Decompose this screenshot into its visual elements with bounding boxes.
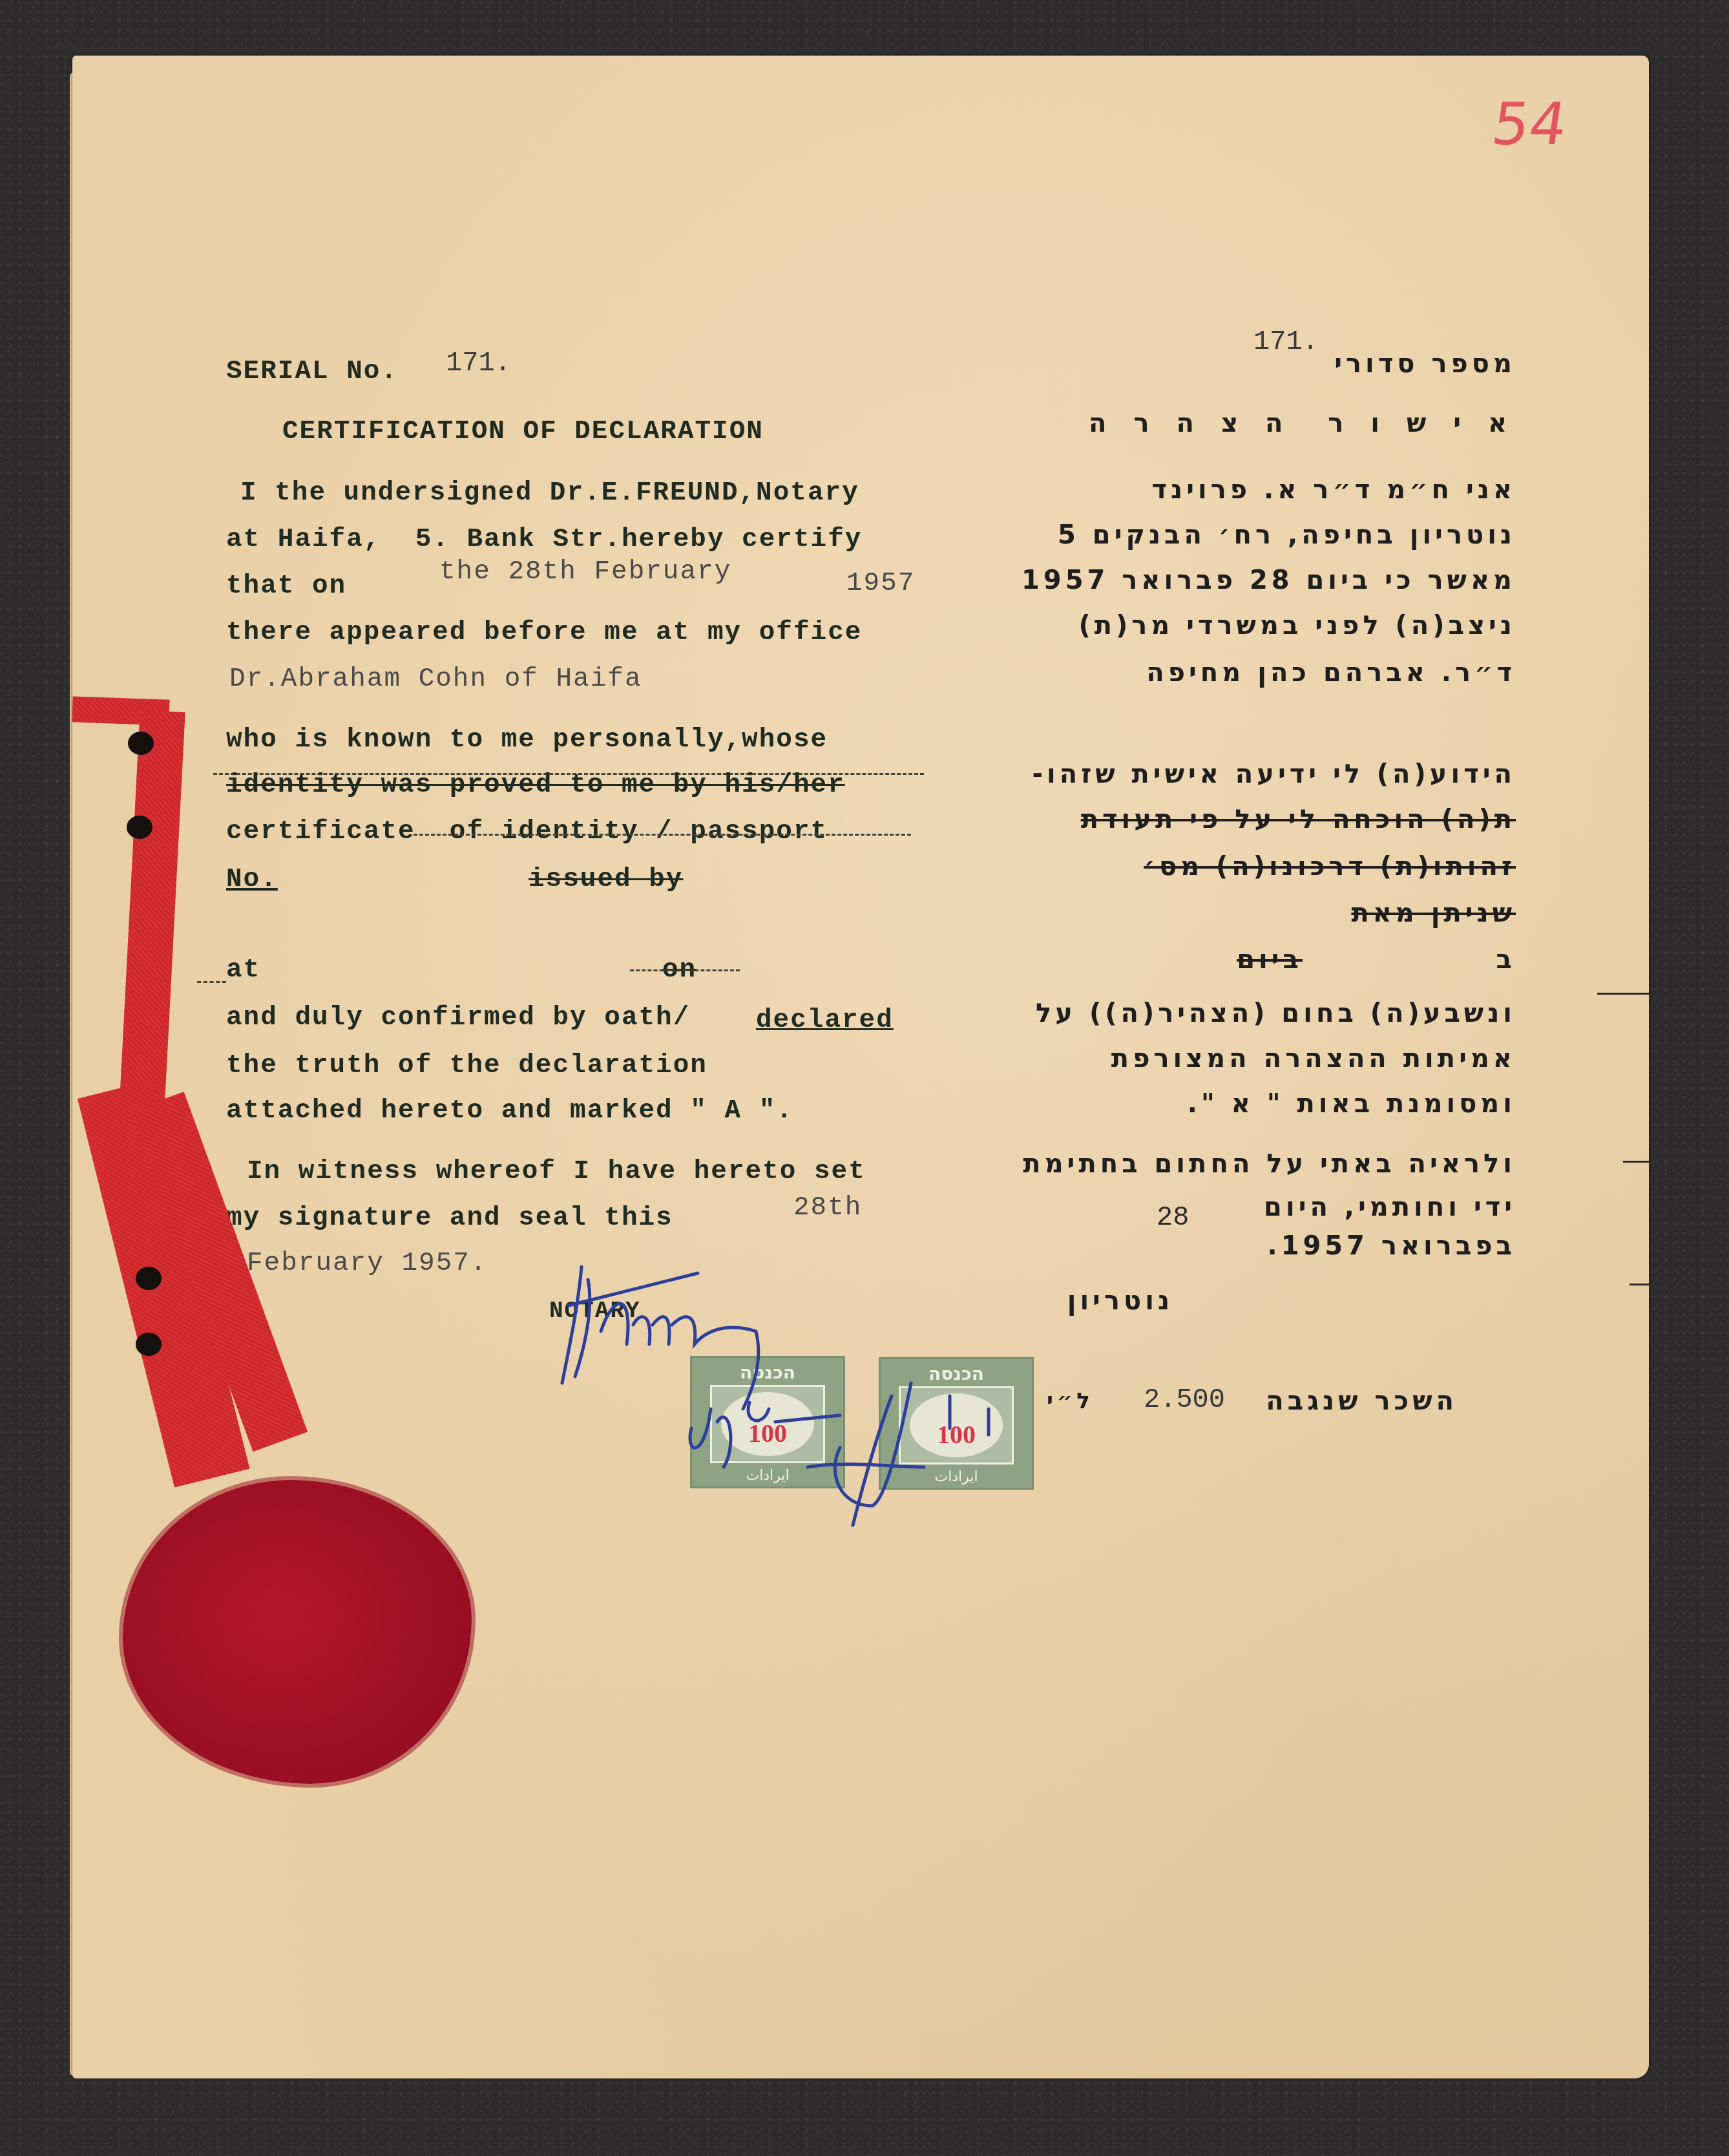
hebrew-struck-line: שניתן מאת <box>1351 898 1516 928</box>
punch-hole <box>128 732 154 755</box>
body-line: certificate of identity / passport <box>226 817 828 847</box>
body-line: and duly confirmed by oath/ <box>226 1003 690 1033</box>
at-label: at <box>226 955 260 985</box>
number-label: No. <box>226 865 278 894</box>
body-line: In witness whereof I have hereto set <box>247 1157 866 1187</box>
hebrew-body-line: ניצב(ה) לפני במשרדי מר(ת) <box>1078 611 1516 640</box>
hebrew-body-line: מאשר כי ביום 28 פברואר 1957 <box>1022 565 1516 595</box>
hebrew-filled-day: 28 <box>1157 1202 1189 1233</box>
hebrew-notary-label: נוטריון <box>1067 1286 1173 1316</box>
hebrew-body-line: ב <box>1496 945 1516 975</box>
stamp-cancellation-signature <box>678 1370 1040 1538</box>
hebrew-body-line: ולראיה באתי על החתום בחתימת <box>1023 1149 1516 1179</box>
serial-label: SERIAL No. <box>226 357 398 386</box>
page-edge-tear <box>1597 993 1649 995</box>
hebrew-struck-word: ביום <box>1237 945 1303 975</box>
hebrew-body-line: אני ח״מ ד״ר א. פרוינד <box>1152 475 1516 505</box>
strike-line <box>630 969 740 971</box>
hebrew-body-line: ד״ר. אברהם כהן מחיפה <box>1146 658 1516 688</box>
hebrew-body-line: ומסומנת באות " א ". <box>1188 1089 1516 1119</box>
appearer-name: Dr.Abraham Cohn of Haifa <box>229 664 642 694</box>
filled-date: the 28th February <box>439 557 731 587</box>
folio-number: 54 <box>1488 90 1571 158</box>
wax-seal <box>123 1480 472 1784</box>
punch-hole <box>127 816 152 839</box>
punch-hole <box>136 1267 162 1290</box>
fee-currency: ל״י <box>1047 1388 1094 1414</box>
body-line: who is known to me personally,whose <box>226 725 828 755</box>
hebrew-body-line: ונשבע(ה) בחום (הצהיר(ה)) על <box>1036 999 1516 1028</box>
hebrew-struck-line: ת(ה) הוכחה לי על פי תעודת <box>1081 805 1516 834</box>
page-edge-tear <box>1629 1284 1649 1285</box>
body-line: the truth of the declaration <box>226 1051 707 1081</box>
filled-year: 1957 <box>846 569 915 598</box>
hebrew-body-line: אמיתות ההצהרה המצורפת <box>1111 1044 1516 1073</box>
body-line: there appeared before me at my office <box>226 618 862 648</box>
body-line: attached hereto and marked " A ". <box>226 1096 793 1126</box>
serial-number: 171. <box>446 348 511 379</box>
strike-line <box>414 834 911 836</box>
hebrew-serial-label: מספר סדורי <box>1334 349 1516 379</box>
body-line: I the undersigned Dr.E.FREUND,Notary <box>240 478 859 508</box>
hebrew-struck-line: זהותו(ת) דרכונו(ה) מס׳ <box>1144 852 1516 882</box>
struck-line: identity was proved to me by his/her <box>226 770 845 800</box>
hebrew-serial-number: 171. <box>1253 326 1319 357</box>
hebrew-body-line: ידי וחותמי, היום <box>1264 1192 1516 1222</box>
hebrew-body-line: נוטריון בחיפה, רח׳ הבנקים 5 <box>1058 520 1516 550</box>
fee-amount: 2.500 <box>1144 1384 1225 1415</box>
declared-word: declared <box>756 1006 894 1035</box>
hebrew-body-line: בפברואר 1957. <box>1267 1231 1516 1261</box>
body-line: my signature and seal this <box>226 1203 673 1233</box>
hebrew-title: א י ש ו ר ה צ ה ר ה <box>1089 408 1516 438</box>
filled-month-year: February 1957. <box>247 1249 487 1278</box>
punch-hole <box>136 1333 162 1356</box>
filled-day: 28th <box>793 1193 862 1223</box>
body-line: at Haifa, 5. Bank Str.hereby certify <box>226 525 862 555</box>
page-edge-tear <box>1623 1161 1649 1163</box>
fee-label: השכר שנגבה <box>1266 1386 1458 1416</box>
body-line: that on <box>226 571 346 601</box>
document-title: CERTIFICATION OF DECLARATION <box>282 417 764 447</box>
hebrew-body-line: הידוע(ה) לי ידיעה אישית שזהו- <box>1032 759 1516 789</box>
issued-by-label: issued by <box>529 865 683 894</box>
strike-line <box>197 981 226 983</box>
